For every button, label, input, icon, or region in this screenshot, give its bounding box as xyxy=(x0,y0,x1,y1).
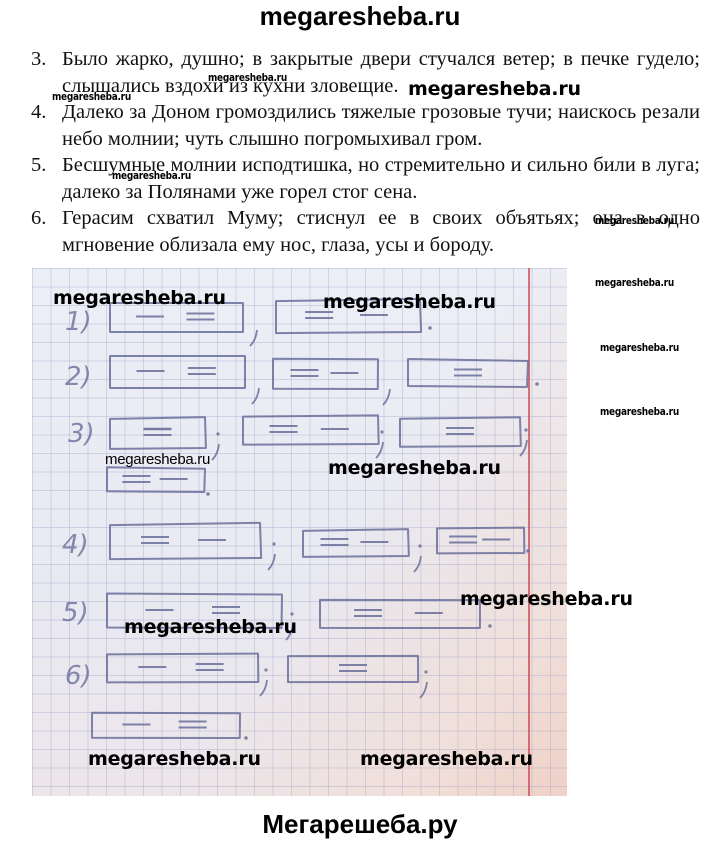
scheme-row: 6) xyxy=(65,654,428,740)
item-number: 6. xyxy=(31,205,46,232)
site-header-title: megaresheba.ru xyxy=(0,0,720,32)
scheme-label: 3) xyxy=(68,419,95,449)
period-mark xyxy=(244,736,248,740)
scheme-label: 1) xyxy=(65,307,92,337)
semicolon-dot xyxy=(264,668,267,671)
semicolon-mark xyxy=(414,556,421,572)
semicolon-dot xyxy=(424,670,427,673)
comma-mark xyxy=(383,389,390,405)
watermark: megaresheba.ru xyxy=(328,457,501,479)
clause-box xyxy=(303,529,409,557)
semicolon-mark xyxy=(260,680,267,696)
watermark: megaresheba.ru xyxy=(105,451,210,469)
item-text: Далеко за Доном громоздились тяжелые гро… xyxy=(62,99,700,152)
scheme-label: 4) xyxy=(62,530,89,560)
scheme-label: 5) xyxy=(62,598,89,628)
footer-site-title: Мегарешеба.ру xyxy=(0,808,720,840)
watermark: megaresheba.ru xyxy=(208,72,287,84)
watermark: megaresheba.ru xyxy=(595,215,674,227)
watermark: megaresheba.ru xyxy=(600,406,679,418)
watermark: megaresheba.ru xyxy=(595,277,674,289)
item-number: 3. xyxy=(31,46,46,73)
clause-box xyxy=(320,600,480,628)
watermark: megaresheba.ru xyxy=(408,78,581,100)
period-mark xyxy=(535,382,539,386)
exercise-item-6: 6. Герасим схватил Муму; стиснул ее в св… xyxy=(0,205,720,258)
scheme-row: 2) xyxy=(65,356,539,405)
semicolon-dot xyxy=(272,542,275,545)
clause-box xyxy=(400,417,521,447)
clause-box xyxy=(107,467,205,492)
clause-box xyxy=(107,654,258,683)
semicolon-dot xyxy=(380,430,383,433)
clause-box xyxy=(437,528,524,554)
period-mark xyxy=(206,492,210,496)
exercise-item-5: 5. Бесшумные молнии исподтишка, но стрем… xyxy=(0,152,720,205)
semicolon-mark xyxy=(268,554,275,570)
item-number: 4. xyxy=(31,99,46,126)
comma-mark xyxy=(252,388,259,404)
clause-box xyxy=(273,359,378,389)
watermark: megaresheba.ru xyxy=(360,748,533,770)
clause-box xyxy=(92,713,240,738)
semicolon-dot xyxy=(418,544,421,547)
period-mark xyxy=(488,624,492,628)
clause-box xyxy=(110,417,206,449)
period-mark xyxy=(428,326,432,330)
watermark: megaresheba.ru xyxy=(600,342,679,354)
semicolon-dot xyxy=(216,432,219,435)
watermark: megaresheba.ru xyxy=(88,748,261,770)
exercise-item-4: 4. Далеко за Доном громоздились тяжелые … xyxy=(0,99,720,152)
watermark: megaresheba.ru xyxy=(323,291,496,313)
sentence-schemes: 1)2)3)4)5)6) xyxy=(32,268,567,796)
scheme-label: 6) xyxy=(65,661,92,691)
semicolon-mark xyxy=(420,682,427,698)
handwritten-schemes-photo: 1)2)3)4)5)6) xyxy=(32,268,567,796)
clause-box xyxy=(110,356,245,388)
item-text: Было жарко, душно; в закрытые двери стуч… xyxy=(62,46,700,99)
watermark: megaresheba.ru xyxy=(112,170,191,182)
clause-box xyxy=(408,359,528,387)
clause-box xyxy=(110,523,261,559)
watermark: megaresheba.ru xyxy=(124,616,297,638)
period-mark xyxy=(526,549,530,553)
watermark: megaresheba.ru xyxy=(53,287,226,309)
clause-box xyxy=(243,415,379,444)
item-number: 5. xyxy=(31,152,46,179)
item-text: Герасим схватил Муму; стиснул ее в своих… xyxy=(62,205,700,258)
scheme-row: 4) xyxy=(62,523,530,572)
clause-box xyxy=(288,656,418,682)
watermark: megaresheba.ru xyxy=(460,588,633,610)
semicolon-mark xyxy=(212,444,219,460)
comma-mark xyxy=(250,330,257,346)
scheme-label: 2) xyxy=(65,362,92,392)
semicolon-dot xyxy=(524,428,527,431)
watermark: megaresheba.ru xyxy=(52,91,131,103)
